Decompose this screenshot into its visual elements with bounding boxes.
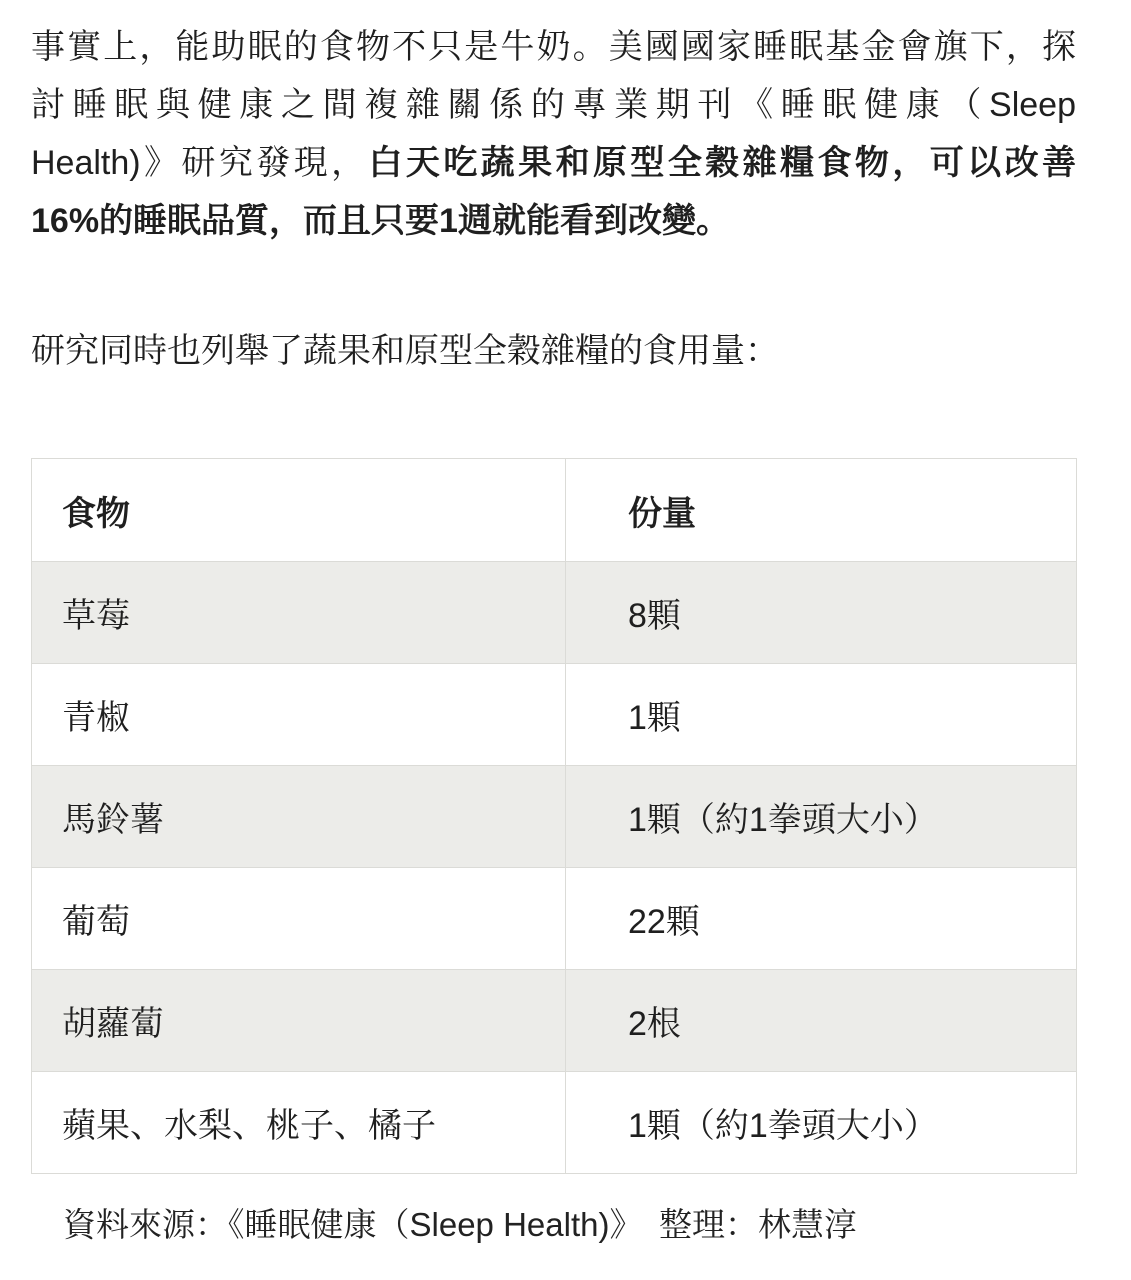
intro-line-3-normal: Health)》研究發現， bbox=[31, 144, 369, 182]
amount-cell: 1顆（約1拳頭大小） bbox=[566, 766, 1077, 868]
amount-cell: 1顆 bbox=[566, 664, 1077, 766]
amount-cell: 22顆 bbox=[566, 868, 1077, 970]
table-row: 葡萄 22顆 bbox=[32, 868, 1077, 970]
article-body: 事實上，能助眠的食物不只是牛奶。美國國家睡眠基金會旗下，探 討睡眠與健康之間複雜… bbox=[0, 0, 1131, 1254]
food-cell: 胡蘿蔔 bbox=[32, 970, 566, 1072]
table-row: 草莓 8顆 bbox=[32, 562, 1077, 664]
intro-line-1: 事實上，能助眠的食物不只是牛奶。美國國家睡眠基金會旗下，探 bbox=[31, 18, 1076, 76]
food-portion-table: 食物 份量 草莓 8顆 青椒 1顆 馬鈴薯 1顆（約1拳頭大小） 葡萄 22顆 bbox=[31, 458, 1077, 1174]
table-header-food: 食物 bbox=[32, 459, 566, 562]
intro-line-2: 討睡眠與健康之間複雜關係的專業期刊《睡眠健康（Sleep bbox=[31, 76, 1076, 134]
food-cell: 蘋果、水梨、桃子、橘子 bbox=[32, 1072, 566, 1174]
intro-line-3: Health)》研究發現，白天吃蔬果和原型全穀雜糧食物，可以改善 bbox=[31, 134, 1076, 192]
intro-paragraph: 事實上，能助眠的食物不只是牛奶。美國國家睡眠基金會旗下，探 討睡眠與健康之間複雜… bbox=[31, 18, 1076, 250]
amount-cell: 1顆（約1拳頭大小） bbox=[566, 1072, 1077, 1174]
amount-cell: 2根 bbox=[566, 970, 1077, 1072]
source-caption: 資料來源：《睡眠健康（Sleep Health)》 整理：林慧淳 bbox=[31, 1196, 1076, 1254]
table-row: 胡蘿蔔 2根 bbox=[32, 970, 1077, 1072]
amount-cell: 8顆 bbox=[566, 562, 1077, 664]
table-header-row: 食物 份量 bbox=[32, 459, 1077, 562]
food-cell: 葡萄 bbox=[32, 868, 566, 970]
intro-line-4: 16%的睡眠品質，而且只要1週就能看到改變。 bbox=[31, 192, 1076, 250]
food-cell: 草莓 bbox=[32, 562, 566, 664]
table-row: 青椒 1顆 bbox=[32, 664, 1077, 766]
lead-in-paragraph: 研究同時也列舉了蔬果和原型全穀雜糧的食用量： bbox=[31, 322, 1076, 380]
food-cell: 青椒 bbox=[32, 664, 566, 766]
intro-line-3-bold: 白天吃蔬果和原型全穀雜糧食物，可以改善 bbox=[369, 144, 1076, 182]
table-row: 馬鈴薯 1顆（約1拳頭大小） bbox=[32, 766, 1077, 868]
table-header-amount: 份量 bbox=[566, 459, 1077, 562]
table-row: 蘋果、水梨、桃子、橘子 1顆（約1拳頭大小） bbox=[32, 1072, 1077, 1174]
food-cell: 馬鈴薯 bbox=[32, 766, 566, 868]
